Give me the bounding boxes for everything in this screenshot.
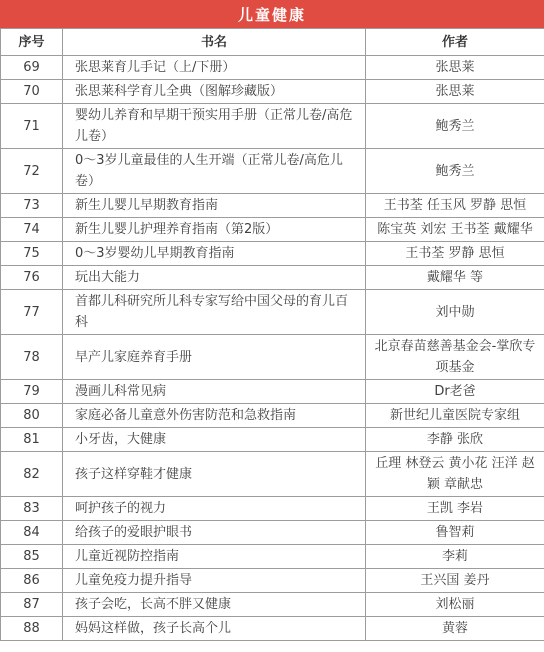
row-number-cell: 73 (1, 194, 63, 218)
author-cell: 李静 张欣 (366, 428, 544, 452)
author-cell: 黄蓉 (366, 617, 544, 641)
row-number-cell: 83 (1, 497, 63, 521)
table-row: 80 家庭必备儿童意外伤害防范和急救指南 新世纪儿童医院专家组 (1, 404, 544, 428)
row-number-cell: 74 (1, 218, 63, 242)
author-cell: 新世纪儿童医院专家组 (366, 404, 544, 428)
author-cell: 北京春苗慈善基金会-掌欣专项基金 (366, 335, 544, 380)
author-cell: 王凯 李岩 (366, 497, 544, 521)
book-title-cell: 0～3岁婴幼儿早期教育指南 (63, 242, 366, 266)
table-header-row: 序号 书名 作者 (1, 29, 544, 56)
table-row: 86 儿童免疫力提升指导 王兴国 姜丹 (1, 569, 544, 593)
row-number-cell: 71 (1, 104, 63, 149)
row-number-cell: 69 (1, 56, 63, 80)
table-row: 84 给孩子的爱眼护眼书 鲁智莉 (1, 521, 544, 545)
book-title-cell: 新生儿婴儿护理养育指南（第2版） (63, 218, 366, 242)
book-title-cell: 漫画儿科常见病 (63, 380, 366, 404)
author-cell: 刘中勋 (366, 290, 544, 335)
author-cell: 鲍秀兰 (366, 104, 544, 149)
book-title-cell: 妈妈这样做，孩子长高个儿 (63, 617, 366, 641)
book-title-cell: 小牙齿，大健康 (63, 428, 366, 452)
book-title-cell: 孩子会吃，长高不胖又健康 (63, 593, 366, 617)
table-row: 73 新生儿婴儿早期教育指南 王书荃 任玉风 罗静 思恒 (1, 194, 544, 218)
row-number-cell: 82 (1, 452, 63, 497)
table-row: 76 玩出大能力 戴耀华 等 (1, 266, 544, 290)
table-row: 85 儿童近视防控指南 李莉 (1, 545, 544, 569)
author-cell: 丘理 林登云 黄小花 汪洋 赵颖 章献忠 (366, 452, 544, 497)
row-number-cell: 85 (1, 545, 63, 569)
column-header-author: 作者 (366, 29, 544, 56)
author-cell: 王兴国 姜丹 (366, 569, 544, 593)
section-title-bar: 儿童健康 (0, 0, 544, 28)
author-cell: 张思莱 (366, 56, 544, 80)
author-cell: 戴耀华 等 (366, 266, 544, 290)
table-row: 69 张思莱育儿手记（上/下册） 张思莱 (1, 56, 544, 80)
table-row: 78 早产儿家庭养育手册 北京春苗慈善基金会-掌欣专项基金 (1, 335, 544, 380)
book-title-cell: 新生儿婴儿早期教育指南 (63, 194, 366, 218)
book-title-cell: 家庭必备儿童意外伤害防范和急救指南 (63, 404, 366, 428)
row-number-cell: 70 (1, 80, 63, 104)
book-title-cell: 婴幼儿养育和早期干预实用手册（正常儿卷/高危儿卷） (63, 104, 366, 149)
book-title-cell: 给孩子的爱眼护眼书 (63, 521, 366, 545)
row-number-cell: 78 (1, 335, 63, 380)
author-cell: 陈宝英 刘宏 王书荃 戴耀华 (366, 218, 544, 242)
author-cell: 鲍秀兰 (366, 149, 544, 194)
row-number-cell: 87 (1, 593, 63, 617)
table-row: 87 孩子会吃，长高不胖又健康 刘松丽 (1, 593, 544, 617)
table-row: 81 小牙齿，大健康 李静 张欣 (1, 428, 544, 452)
table-row: 82 孩子这样穿鞋才健康 丘理 林登云 黄小花 汪洋 赵颖 章献忠 (1, 452, 544, 497)
table-row: 70 张思莱科学育儿全典（图解珍藏版） 张思莱 (1, 80, 544, 104)
table-row: 72 0～3岁儿童最佳的人生开端（正常儿卷/高危儿卷） 鲍秀兰 (1, 149, 544, 194)
book-title-cell: 孩子这样穿鞋才健康 (63, 452, 366, 497)
row-number-cell: 81 (1, 428, 63, 452)
author-cell: 王书荃 任玉风 罗静 思恒 (366, 194, 544, 218)
row-number-cell: 77 (1, 290, 63, 335)
table-row: 75 0～3岁婴幼儿早期教育指南 王书荃 罗静 思恒 (1, 242, 544, 266)
table-row: 71 婴幼儿养育和早期干预实用手册（正常儿卷/高危儿卷） 鲍秀兰 (1, 104, 544, 149)
book-title-cell: 张思莱育儿手记（上/下册） (63, 56, 366, 80)
section-title: 儿童健康 (238, 4, 306, 25)
author-cell: 张思莱 (366, 80, 544, 104)
row-number-cell: 86 (1, 569, 63, 593)
row-number-cell: 84 (1, 521, 63, 545)
book-title-cell: 早产儿家庭养育手册 (63, 335, 366, 380)
book-list-table: 序号 书名 作者 69 张思莱育儿手记（上/下册） 张思莱 70 张思莱科学育儿… (0, 28, 544, 641)
author-cell: 王书荃 罗静 思恒 (366, 242, 544, 266)
table-row: 79 漫画儿科常见病 Dr老爸 (1, 380, 544, 404)
table-row: 83 呵护孩子的视力 王凯 李岩 (1, 497, 544, 521)
book-title-cell: 玩出大能力 (63, 266, 366, 290)
author-cell: 刘松丽 (366, 593, 544, 617)
book-title-cell: 0～3岁儿童最佳的人生开端（正常儿卷/高危儿卷） (63, 149, 366, 194)
author-cell: 鲁智莉 (366, 521, 544, 545)
book-title-cell: 呵护孩子的视力 (63, 497, 366, 521)
row-number-cell: 75 (1, 242, 63, 266)
table-row: 74 新生儿婴儿护理养育指南（第2版） 陈宝英 刘宏 王书荃 戴耀华 (1, 218, 544, 242)
row-number-cell: 79 (1, 380, 63, 404)
table-row: 88 妈妈这样做，孩子长高个儿 黄蓉 (1, 617, 544, 641)
column-header-title: 书名 (63, 29, 366, 56)
table-row: 77 首都儿科研究所儿科专家写给中国父母的育儿百科 刘中勋 (1, 290, 544, 335)
author-cell: 李莉 (366, 545, 544, 569)
author-cell: Dr老爸 (366, 380, 544, 404)
page: 儿童健康 序号 书名 作者 69 张思莱育儿手记（上/下册） 张思莱 70 张思… (0, 0, 544, 652)
book-title-cell: 首都儿科研究所儿科专家写给中国父母的育儿百科 (63, 290, 366, 335)
book-title-cell: 儿童近视防控指南 (63, 545, 366, 569)
row-number-cell: 72 (1, 149, 63, 194)
column-header-no: 序号 (1, 29, 63, 56)
row-number-cell: 80 (1, 404, 63, 428)
book-title-cell: 张思莱科学育儿全典（图解珍藏版） (63, 80, 366, 104)
row-number-cell: 88 (1, 617, 63, 641)
book-title-cell: 儿童免疫力提升指导 (63, 569, 366, 593)
row-number-cell: 76 (1, 266, 63, 290)
